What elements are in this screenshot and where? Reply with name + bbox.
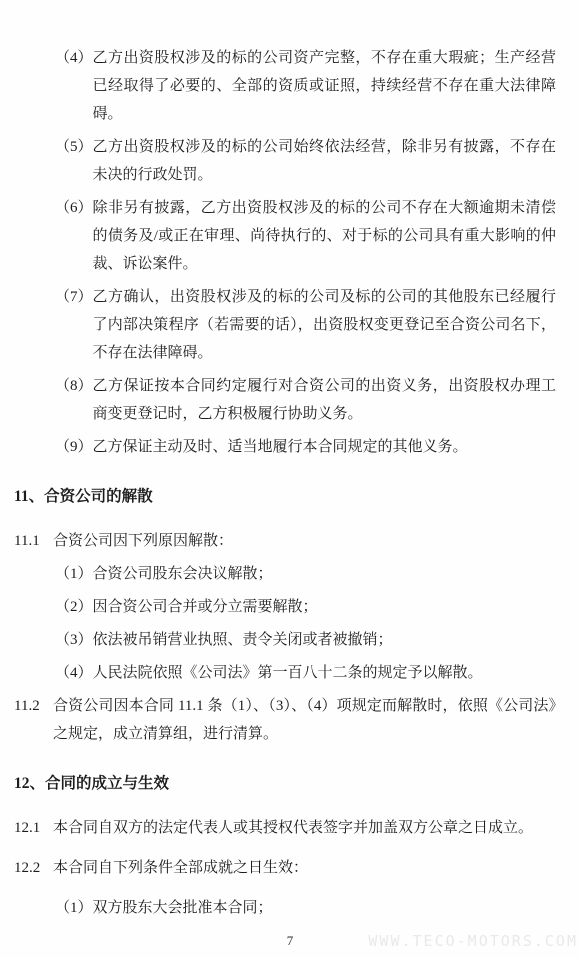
item-text: 乙方保证按本合同约定履行对合资公司的出资义务，出资股权办理工商变更登记时，乙方积… <box>93 372 556 428</box>
item-text: 乙方确认，出资股权涉及的标的公司及标的公司的其他股东已经履行了内部决策程序（若需… <box>93 283 556 367</box>
clause-number: 12.1 <box>14 814 53 842</box>
clause-text: 本合同自双方的法定代表人或其授权代表签字并加盖双方公章之日成立。 <box>53 814 556 842</box>
clause-number: 11.1 <box>14 527 53 555</box>
clause-text: 合资公司因下列原因解散： <box>53 527 556 555</box>
clause-12-2: 12.2 本合同自下列条件全部成就之日生效： <box>14 854 556 882</box>
item-marker: （4） <box>55 44 93 128</box>
item-marker: （1） <box>55 560 93 588</box>
item-text: 乙方出资股权涉及的标的公司始终依法经营，除非另有披露，不存在未决的行政处罚。 <box>93 133 556 189</box>
document-page: （4） 乙方出资股权涉及的标的公司资产完整，不存在重大瑕疵；生产经营已经取得了必… <box>0 0 580 958</box>
clause-number: 11.2 <box>14 692 53 748</box>
item-text: 乙方保证主动及时、适当地履行本合同规定的其他义务。 <box>93 433 556 461</box>
warranty-item-7: （7） 乙方确认，出资股权涉及的标的公司及标的公司的其他股东已经履行了内部决策程… <box>55 283 556 367</box>
item-marker: （3） <box>55 626 93 654</box>
clause-number: 12.2 <box>14 854 53 882</box>
item-marker: （1） <box>55 894 93 922</box>
item-marker: （2） <box>55 593 93 621</box>
item-text: 合资公司股东会决议解散； <box>93 560 556 588</box>
item-text: 人民法院依照《公司法》第一百八十二条的规定予以解散。 <box>93 659 556 687</box>
clause-text: 合资公司因本合同 11.1 条（1）、（3）、（4）项规定而解散时，依照《公司法… <box>53 692 556 748</box>
item-text: 双方股东大会批准本合同； <box>93 894 556 922</box>
effective-condition-1: （1） 双方股东大会批准本合同； <box>55 894 556 922</box>
item-marker: （6） <box>55 194 93 278</box>
item-text: 依法被吊销营业执照、责令关闭或者被撤销； <box>93 626 556 654</box>
section-11-heading: 11、合资公司的解散 <box>14 483 556 511</box>
item-marker: （5） <box>55 133 93 189</box>
warranty-item-5: （5） 乙方出资股权涉及的标的公司始终依法经营，除非另有披露，不存在未决的行政处… <box>55 133 556 189</box>
section-12-heading: 12、合同的成立与生效 <box>14 770 556 798</box>
document-content: （4） 乙方出资股权涉及的标的公司资产完整，不存在重大瑕疵；生产经营已经取得了必… <box>0 0 580 922</box>
item-marker: （4） <box>55 659 93 687</box>
page-footer: 7 WWW.TECO-MOTORS.COM <box>0 930 580 952</box>
item-marker: （9） <box>55 433 93 461</box>
item-marker: （8） <box>55 372 93 428</box>
clause-11-2: 11.2 合资公司因本合同 11.1 条（1）、（3）、（4）项规定而解散时，依… <box>14 692 556 748</box>
warranty-item-9: （9） 乙方保证主动及时、适当地履行本合同规定的其他义务。 <box>55 433 556 461</box>
clause-text: 本合同自下列条件全部成就之日生效： <box>53 854 556 882</box>
watermark: WWW.TECO-MOTORS.COM <box>368 930 578 952</box>
item-text: 除非另有披露，乙方出资股权涉及的标的公司不存在大额逾期未清偿的债务及/或正在审理… <box>93 194 556 278</box>
dissolution-reason-3: （3） 依法被吊销营业执照、责令关闭或者被撤销； <box>55 626 556 654</box>
warranty-item-8: （8） 乙方保证按本合同约定履行对合资公司的出资义务，出资股权办理工商变更登记时… <box>55 372 556 428</box>
item-text: 乙方出资股权涉及的标的公司资产完整，不存在重大瑕疵；生产经营已经取得了必要的、全… <box>93 44 556 128</box>
item-text: 因合资公司合并或分立需要解散； <box>93 593 556 621</box>
dissolution-reason-4: （4） 人民法院依照《公司法》第一百八十二条的规定予以解散。 <box>55 659 556 687</box>
warranty-item-6: （6） 除非另有披露，乙方出资股权涉及的标的公司不存在大额逾期未清偿的债务及/或… <box>55 194 556 278</box>
clause-12-1: 12.1 本合同自双方的法定代表人或其授权代表签字并加盖双方公章之日成立。 <box>14 814 556 842</box>
item-marker: （7） <box>55 283 93 367</box>
warranty-item-4: （4） 乙方出资股权涉及的标的公司资产完整，不存在重大瑕疵；生产经营已经取得了必… <box>55 44 556 128</box>
dissolution-reason-2: （2） 因合资公司合并或分立需要解散； <box>55 593 556 621</box>
dissolution-reason-1: （1） 合资公司股东会决议解散； <box>55 560 556 588</box>
clause-11-1: 11.1 合资公司因下列原因解散： <box>14 527 556 555</box>
